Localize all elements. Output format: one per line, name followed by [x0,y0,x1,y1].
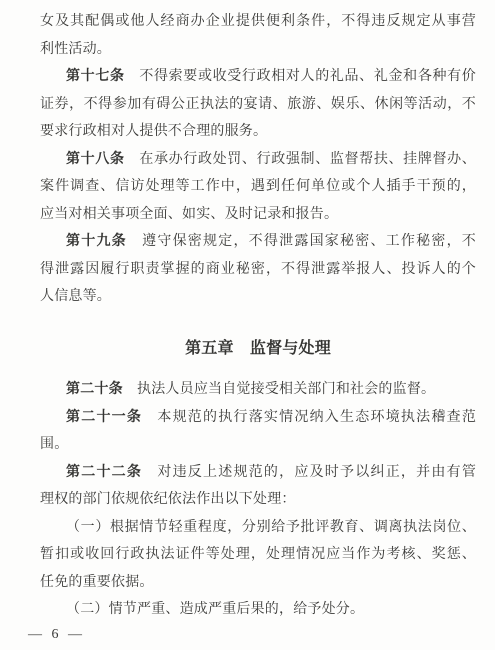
text-line: 第十八条 在承办行政处罚、行政强制、监督帮扶、挂牌督办、 [40,146,476,174]
text-line: 第十九条 遵守保密规定，不得泄露国家秘密、工作秘密，不 [40,228,476,256]
text-line: 围。 [40,431,476,459]
article-number: 第二十条 [66,382,123,397]
chapter-heading: 第五章 监督与处理 [40,335,476,363]
article-number: 第十七条 [66,69,125,84]
page-number: — 6 — [28,624,476,646]
text-line: 要求行政相对人提供不合理的服务。 [40,118,476,146]
text-line: （一）根据情节轻重程度，分别给予批评教育、调离执法岗位、 [40,514,476,542]
article-number: 第十九条 [66,234,127,249]
text-line: 案件调查、信访处理等工作中，遇到任何单位或个人插手干预的， [40,173,476,201]
article-number: 第十八条 [66,152,125,167]
text-line: 暂扣或收回行政执法证件等处理，处理情况应当作为考核、奖惩、 [40,541,476,569]
document-page: 女及其配偶或他人经商办企业提供便利条件，不得违反规定从事营利性活动。第十七条 不… [0,0,495,650]
text-line: 第二十条 执法人员应当自觉接受相关部门和社会的监督。 [40,376,476,404]
text-line: （二）情节严重、造成严重后果的，给予处分。 [40,596,476,624]
text-line: 理权的部门依规依纪依法作出以下处理： [40,486,476,514]
text-line: 得泄露因履行职责掌握的商业秘密，不得泄露举报人、投诉人的个 [40,256,476,284]
text-line: 证券，不得参加有碍公正执法的宴请、旅游、娱乐、休闲等活动，不得 [40,91,476,119]
article-number: 第二十一条 [66,410,142,425]
text-line: 第二十二条 对违反上述规范的，应及时予以纠正，并由有管 [40,459,476,487]
text-line: 利性活动。 [40,36,476,64]
text-line: 第十七条 不得索要或收受行政相对人的礼品、礼金和各种有价 [40,63,476,91]
text-line: 人信息等。 [40,283,476,311]
text-line: 女及其配偶或他人经商办企业提供便利条件，不得违反规定从事营 [40,8,476,36]
text-line: 第二十一条 本规范的执行落实情况纳入生态环境执法稽查范 [40,404,476,432]
text-block: 女及其配偶或他人经商办企业提供便利条件，不得违反规定从事营利性活动。第十七条 不… [40,8,476,624]
text-line: 应当对相关事项全面、如实、及时记录和报告。 [40,201,476,229]
article-number: 第二十二条 [66,465,142,480]
text-line: 任免的重要依据。 [40,569,476,597]
chapter-number: 第五章 [185,340,234,357]
